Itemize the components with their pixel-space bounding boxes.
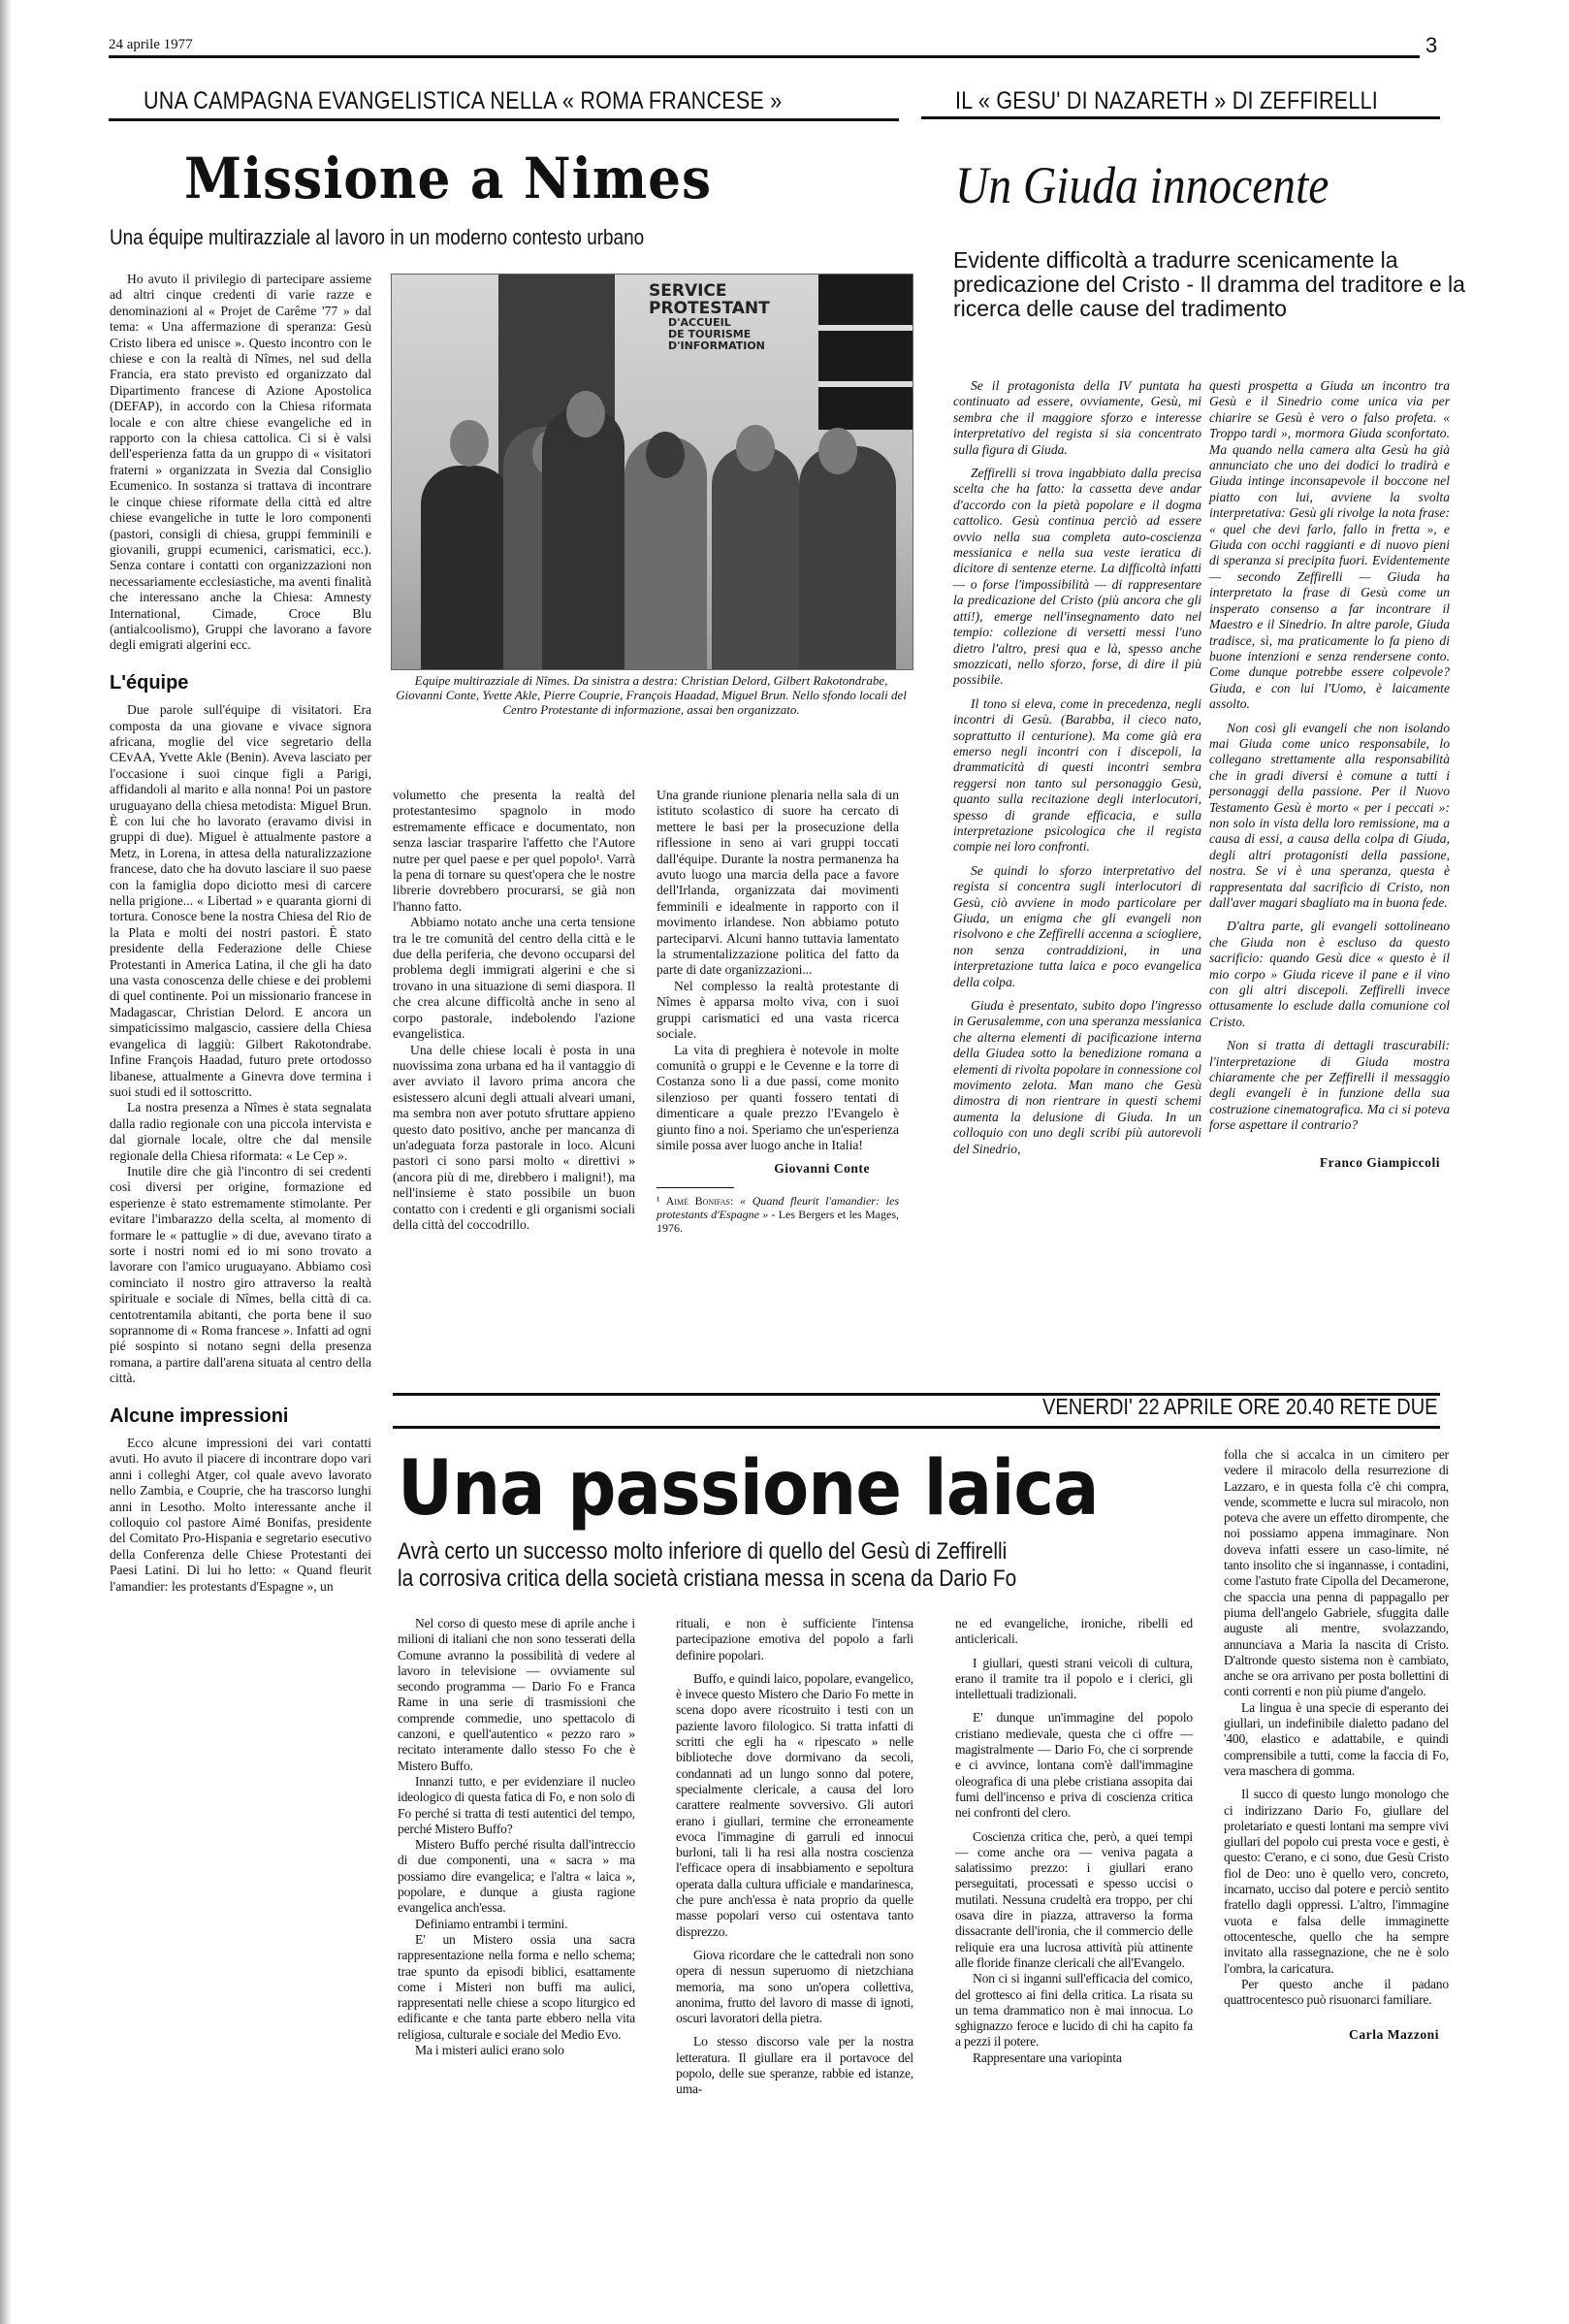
article3-col3-paragraph-5: Non ci si inganni sull'efficacia del com… (955, 1971, 1193, 2050)
article3-col3-paragraph-3: E' dunque un'immagine del popolo cristia… (955, 1710, 1193, 1821)
photo-sign: SERVICE PROTESTANT D'ACCUEIL DE TOURISME… (649, 282, 770, 352)
article1-author: Giovanni Conte (656, 1161, 870, 1177)
article3-column-3: ne ed evangeliche, ironiche, ribelli ed … (955, 1616, 1193, 2066)
article1-column-3: Una grande riunione plenaria nella sala … (656, 788, 899, 1235)
article2-col2-paragraph-1: questi prospetta a Giuda un incontro tra… (1209, 378, 1450, 713)
article3-kicker-rule (393, 1426, 1440, 1429)
header-rule (109, 55, 1420, 58)
article2-author: Franco Giampiccoli (1209, 1155, 1440, 1171)
photo-window (818, 274, 913, 430)
article2-col1-paragraph-1: Se il protagonista della IV puntata ha c… (953, 378, 1201, 458)
photo-person (421, 466, 513, 669)
article2-kicker-rule (921, 116, 1440, 119)
article2-col2-paragraph-4: Non si tratta di dettagli trascurabili: … (1209, 1038, 1450, 1133)
article3-col4-paragraph-2: La lingua è una specie di esperanto dei … (1224, 1700, 1449, 1779)
article3-col2-paragraph-2: Buffo, e quindi laico, popolare, evangel… (676, 1671, 913, 1940)
article2-col2-paragraph-3: D'altra parte, gli evangeli sottolineano… (1209, 919, 1450, 1030)
article3-headline: Una passione laica (398, 1445, 1099, 1533)
photo-person (712, 446, 799, 669)
article1-col2-paragraph-1: volumetto che presenta la realtà del pro… (393, 788, 635, 915)
article1-col3-paragraph-3: La vita di preghiera è notevole in molte… (656, 1043, 899, 1154)
footnote: ¹ Aimé Bonifas: « Quand fleurit l'amandi… (656, 1194, 899, 1235)
article3-col1-paragraph-5: E' un Mistero ossia una sacra rappresent… (398, 1932, 635, 2043)
article3-col4-paragraph-3: Il succo di questo lungo monologo che ci… (1224, 1787, 1449, 1977)
page-date: 24 aprile 1977 (109, 37, 193, 53)
article3-column-2: rituali, e non è sufficiente l'intensa p… (676, 1616, 913, 2098)
article3-col1-paragraph-6: Ma i misteri aulici erano solo (398, 2043, 635, 2058)
photo-person-head (646, 432, 685, 478)
article3-col1-paragraph-4: Definiamo entrambi i termini. (398, 1917, 635, 1932)
article3-col4-paragraph-1: folla che si accalca in un cimitero per … (1224, 1447, 1449, 1700)
article1-kicker-rule (109, 118, 899, 121)
article1-col3-paragraph-1: Una grande riunione plenaria nella sala … (656, 788, 899, 979)
article3-author: Carla Mazzoni (1224, 2027, 1439, 2043)
article3-column-1: Nel corso di questo mese di aprile anche… (398, 1616, 635, 2058)
article3-col2-paragraph-3: Giova ricordare che le cattedrali non so… (676, 1948, 913, 2026)
article3-col1-paragraph-3: Mistero Buffo perché risulta dall'intrec… (398, 1837, 635, 1916)
photo-person-head (818, 428, 857, 474)
photo-person (799, 446, 896, 669)
article1-equipe-paragraph-3: Inutile dire che già l'incontro di sei c… (110, 1164, 371, 1387)
section-heading-impressioni: Alcune impressioni (110, 1408, 371, 1424)
article1-impressioni-paragraph: Ecco alcune impressioni dei vari contatt… (110, 1436, 371, 1595)
article2-column-1: Se il protagonista della IV puntata ha c… (953, 378, 1201, 1157)
footnote-rule (656, 1187, 734, 1188)
article3-kicker: VENERDI' 22 APRILE ORE 20.40 RETE DUE (1042, 1394, 1438, 1420)
photo-person-head (736, 425, 775, 471)
article1-equipe-paragraph-2: La nostra presenza a Nîmes è stata segna… (110, 1100, 371, 1164)
article3-col3-paragraph-2: I giullari, questi strani veicoli di cul… (955, 1656, 1193, 1703)
article2-col1-paragraph-2: Zeffirelli si trova ingabbiato dalla pre… (953, 466, 1201, 689)
article2-col2-paragraph-2: Non così gli evangeli che non isolando m… (1209, 721, 1450, 912)
article2-column-2: questi prospetta a Giuda un incontro tra… (1209, 378, 1450, 1171)
article1-col2-paragraph-3: Una delle chiese locali è posta in una n… (393, 1043, 635, 1234)
article2-col1-paragraph-5: Giuda è presentato, subito dopo l'ingres… (953, 998, 1201, 1157)
article1-kicker: UNA CAMPAGNA EVANGELISTICA NELLA « ROMA … (144, 87, 783, 115)
article3-col3-paragraph-4: Coscienza critica che, però, a quei temp… (955, 1829, 1193, 1972)
page-number: 3 (1425, 33, 1437, 58)
article3-col2-paragraph-1: rituali, e non è sufficiente l'intensa p… (676, 1616, 913, 1663)
article1-column-2: volumetto che presenta la realtà del pro… (393, 788, 635, 1233)
article3-col1-paragraph-2: Innanzi tutto, e per evidenziare il nucl… (398, 1774, 635, 1837)
article1-col3-paragraph-2: Nel complesso la realtà protestante di N… (656, 979, 899, 1043)
article2-kicker: IL « GESU' DI NAZARETH » DI ZEFFIRELLI (955, 87, 1378, 115)
group-photo: SERVICE PROTESTANT D'ACCUEIL DE TOURISME… (391, 274, 913, 670)
article1-equipe-paragraph-1: Due parole sull'équipe di visitatori. Er… (110, 702, 371, 1100)
photo-person (542, 407, 624, 669)
photo-person-head (566, 391, 605, 437)
article2-col1-paragraph-4: Se quindi lo sforzo interpretativo del r… (953, 863, 1201, 990)
article3-col3-paragraph-6: Rappresentare una variopinta (955, 2050, 1193, 2066)
article2-col1-paragraph-3: Il tono si eleva, come in precedenza, ne… (953, 696, 1201, 855)
photo-person-head (450, 420, 489, 467)
photo-caption: Equipe multirazziale di Nîmes. Da sinist… (391, 673, 912, 717)
article3-col3-paragraph-1: ne ed evangeliche, ironiche, ribelli ed … (955, 1616, 1193, 1648)
article2-subheadline: Evidente difficoltà a tradurre scenicame… (953, 248, 1496, 321)
article1-headline: Missione a Nimes (184, 145, 712, 211)
article1-subheadline: Una équipe multirazziale al lavoro in un… (110, 225, 644, 250)
article3-col2-paragraph-4: Lo stesso discorso vale per la nostra le… (676, 2034, 913, 2097)
article1-col2-paragraph-2: Abbiamo notato anche una certa tensione … (393, 915, 635, 1042)
article3-column-4: folla che si accalca in un cimitero per … (1224, 1447, 1449, 2044)
article3-col4-paragraph-4: Per questo anche il padano quattrocentes… (1224, 1977, 1449, 2009)
article1-column-1: Ho avuto il privilegio di partecipare as… (110, 272, 371, 1595)
article2-headline: Un Giuda innocente (955, 155, 1329, 215)
article3-subheadline: Avrà certo un successo molto inferiore d… (398, 1538, 1016, 1593)
article1-intro-paragraph: Ho avuto il privilegio di partecipare as… (110, 272, 371, 654)
scan-edge-shadow (0, 0, 12, 2324)
article3-col1-paragraph-1: Nel corso di questo mese di aprile anche… (398, 1616, 635, 1774)
section-heading-equipe: L'équipe (110, 675, 371, 691)
